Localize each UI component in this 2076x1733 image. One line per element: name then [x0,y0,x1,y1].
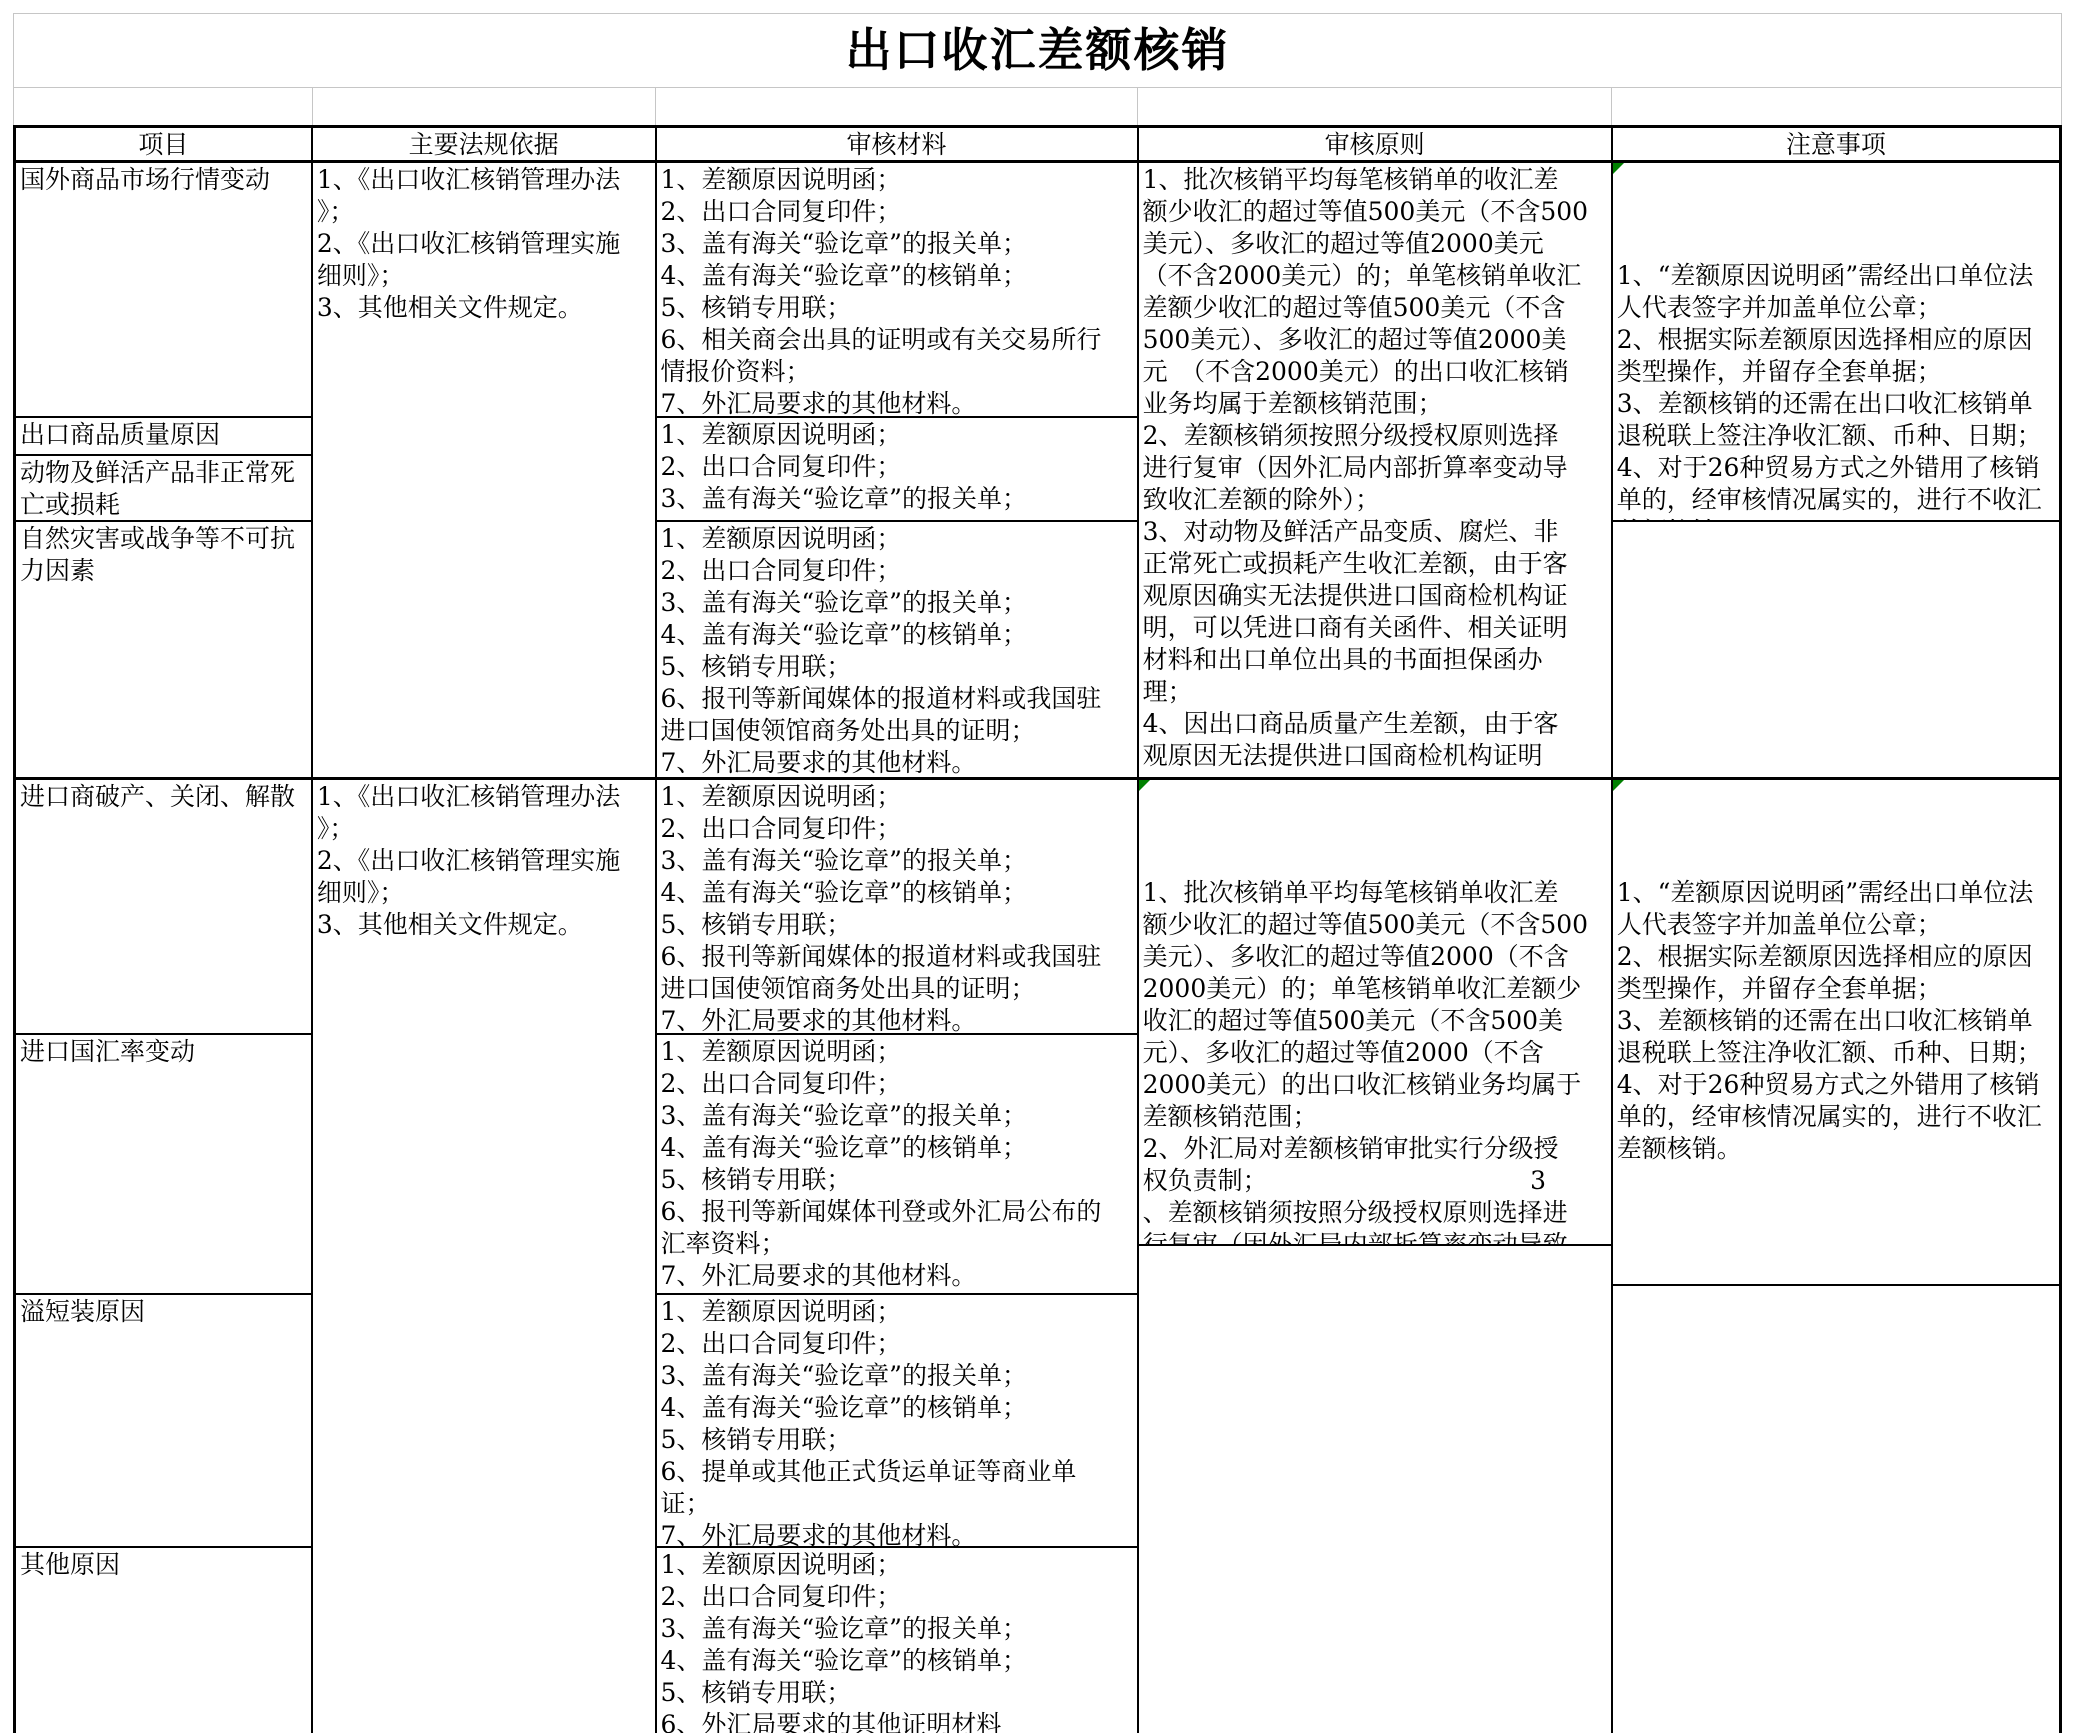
table-cell-empty[interactable] [1613,1286,2059,1733]
table-cell-materials[interactable]: 1、差额原因说明函； 2、出口合同复印件； 3、盖有海关“验讫章”的报关单； 4… [657,1548,1137,1733]
gridline [1137,88,1138,125]
title-cell[interactable]: 出口收汇差额核销 [13,13,2062,88]
gridline [655,88,656,125]
column-header-items[interactable]: 项目 [16,128,311,163]
table-cell-principles[interactable]: 1、批次核销平均每笔核销单的收汇差 额少收汇的超过等值500美元（不含500 美… [1139,163,1611,780]
table-cell-item[interactable]: 动物及鲜活产品非正常死亡或损耗 [16,456,311,522]
column-principles: 审核原则 1、批次核销平均每笔核销单的收汇差 额少收汇的超过等值500美元（不含… [1139,128,1613,1733]
comment-indicator-icon [1613,163,1624,174]
column-header-notes[interactable]: 注意事项 [1613,128,2059,163]
table-cell-item[interactable]: 进口商破产、关闭、解散 [16,780,311,1035]
column-materials: 审核材料 1、差额原因说明函； 2、出口合同复印件； 3、盖有海关“验讫章”的报… [657,128,1139,1733]
cell-text: 1、“差额原因说明函”需经出口单位法 人代表签字并加盖单位公章； 2、根据实际差… [1617,877,2056,1165]
table-cell-item[interactable]: 出口商品质量原因 [16,418,311,456]
page-title: 出口收汇差额核销 [846,23,1230,77]
verification-table: 项目 国外商品市场行情变动 出口商品质量原因 动物及鲜活产品非正常死亡或损耗 自… [13,125,2062,1733]
spreadsheet-page: 出口收汇差额核销 项目 国外商品市场行情变动 出口商品质量原因 动物及鲜活产品非… [0,0,2076,1733]
table-cell-materials[interactable]: 1、差额原因说明函； 2、出口合同复印件； 3、盖有海关“验讫章”的报关单； 4… [657,780,1137,1035]
column-items: 项目 国外商品市场行情变动 出口商品质量原因 动物及鲜活产品非正常死亡或损耗 自… [16,128,313,1733]
column-header-materials[interactable]: 审核材料 [657,128,1137,163]
column-header-principles[interactable]: 审核原则 [1139,128,1611,163]
empty-spacer-row[interactable] [13,88,2062,125]
cell-text: 1、批次核销单平均每笔核销单收汇差 额少收汇的超过等值500美元（不含500 美… [1143,877,1608,1246]
table-cell-materials[interactable]: 1、差额原因说明函； 2、出口合同复印件； 3、盖有海关“验讫章”的报关单； [657,418,1137,522]
table-cell-materials[interactable]: 1、差额原因说明函； 2、出口合同复印件； 3、盖有海关“验讫章”的报关单； 4… [657,163,1137,418]
worksheet: 出口收汇差额核销 项目 国外商品市场行情变动 出口商品质量原因 动物及鲜活产品非… [13,13,2062,1733]
column-header-legal-basis[interactable]: 主要法规依据 [313,128,655,163]
table-cell-item[interactable]: 溢短装原因 [16,1295,311,1548]
table-cell-item[interactable]: 其他原因 [16,1548,311,1733]
table-cell-legal[interactable]: 1、《出口收汇核销管理办法 》； 2、《出口收汇核销管理实施 细则》； 3、其他… [313,780,655,1733]
table-cell-item[interactable]: 进口国汇率变动 [16,1035,311,1295]
table-cell-legal[interactable]: 1、《出口收汇核销管理办法 》； 2、《出口收汇核销管理实施 细则》； 3、其他… [313,163,655,780]
table-cell-materials[interactable]: 1、差额原因说明函； 2、出口合同复印件； 3、盖有海关“验讫章”的报关单； 4… [657,522,1137,780]
table-cell-notes[interactable]: 1、“差额原因说明函”需经出口单位法 人代表签字并加盖单位公章； 2、根据实际差… [1613,163,2059,522]
comment-indicator-icon [1139,780,1150,791]
gridline [1611,88,1612,125]
table-cell-empty[interactable] [1139,1246,1611,1733]
table-cell-principles[interactable]: 1、批次核销单平均每笔核销单收汇差 额少收汇的超过等值500美元（不含500 美… [1139,780,1611,1246]
table-cell-materials[interactable]: 1、差额原因说明函； 2、出口合同复印件； 3、盖有海关“验讫章”的报关单； 4… [657,1035,1137,1295]
table-cell-item[interactable]: 国外商品市场行情变动 [16,163,311,418]
comment-indicator-icon [1613,780,1624,791]
cell-text: 1、“差额原因说明函”需经出口单位法 人代表签字并加盖单位公章； 2、根据实际差… [1617,260,2056,522]
column-legal-basis: 主要法规依据 1、《出口收汇核销管理办法 》； 2、《出口收汇核销管理实施 细则… [313,128,657,1733]
column-notes: 注意事项 1、“差额原因说明函”需经出口单位法 人代表签字并加盖单位公章； 2、… [1613,128,2059,1733]
gridline [312,88,313,125]
table-cell-notes[interactable]: 1、“差额原因说明函”需经出口单位法 人代表签字并加盖单位公章； 2、根据实际差… [1613,780,2059,1286]
table-cell-empty[interactable] [1613,522,2059,780]
table-cell-materials[interactable]: 1、差额原因说明函； 2、出口合同复印件； 3、盖有海关“验讫章”的报关单； 4… [657,1295,1137,1548]
table-cell-item[interactable]: 自然灾害或战争等不可抗力因素 [16,522,311,780]
